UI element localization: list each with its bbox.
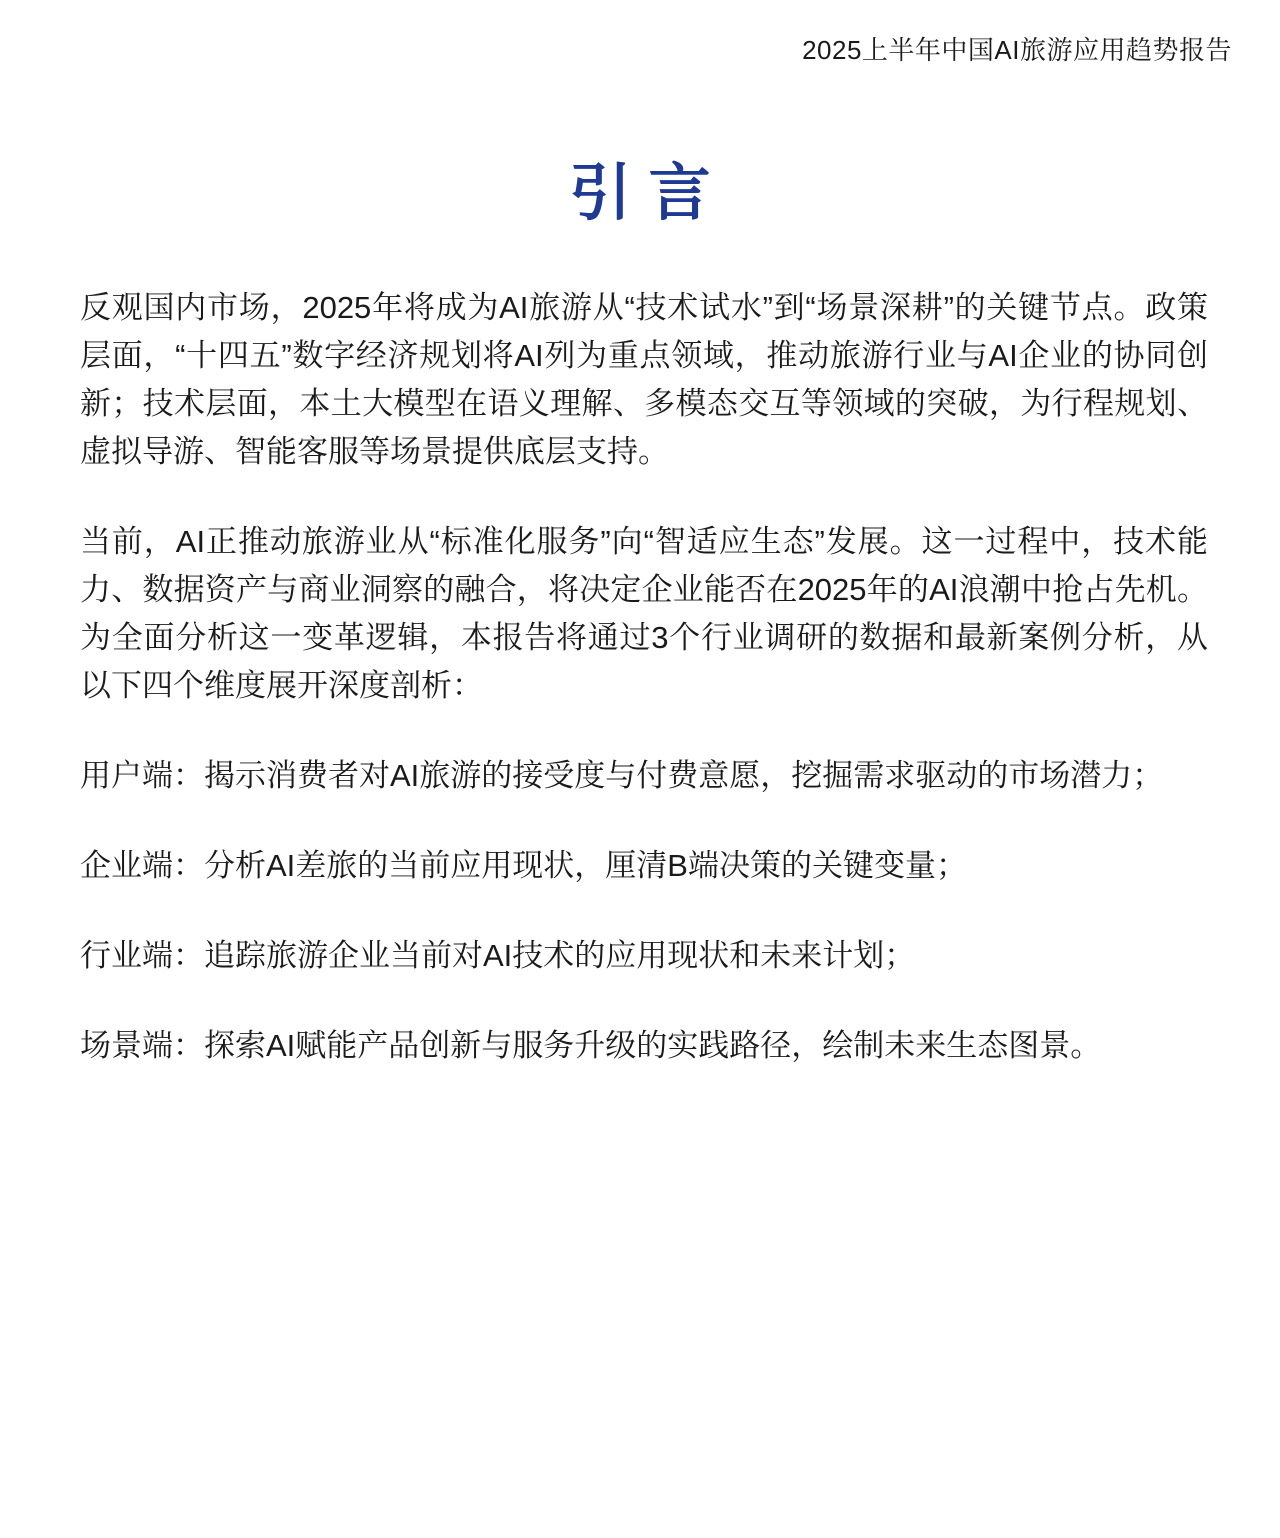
dimension-item-enterprise-side: 企业端：分析AI差旅的当前应用现状，厘清B端决策的关键变量； bbox=[80, 842, 1208, 890]
dimension-item-user-side: 用户端：揭示消费者对AI旅游的接受度与付费意愿，挖掘需求驱动的市场潜力； bbox=[80, 752, 1208, 800]
introduction-body: 反观国内市场，2025年将成为AI旅游从“技术试水”到“场景深耕”的关键节点。政… bbox=[0, 284, 1280, 1070]
page-title: 引言 bbox=[0, 143, 1280, 232]
intro-paragraph-transformation: 当前，AI正推动旅游业从“标准化服务”向“智适应生态”发展。这一过程中，技术能力… bbox=[80, 518, 1208, 710]
dimension-item-scenario-side: 场景端：探索AI赋能产品创新与服务升级的实践路径，绘制未来生态图景。 bbox=[80, 1022, 1208, 1070]
intro-paragraph-domestic-market: 反观国内市场，2025年将成为AI旅游从“技术试水”到“场景深耕”的关键节点。政… bbox=[80, 284, 1208, 476]
dimension-item-industry-side: 行业端：追踪旅游企业当前对AI技术的应用现状和未来计划； bbox=[80, 932, 1208, 980]
report-page: 2025上半年中国AI旅游应用趋势报告 引言 反观国内市场，2025年将成为AI… bbox=[0, 0, 1280, 1538]
report-running-header: 2025上半年中国AI旅游应用趋势报告 bbox=[0, 0, 1280, 67]
